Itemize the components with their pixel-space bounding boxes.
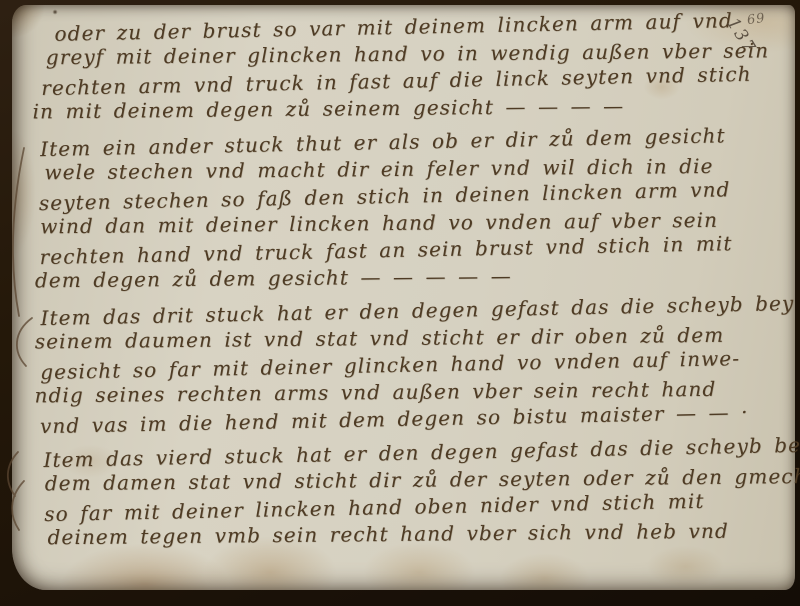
manuscript-line: dem degen zů dem gesicht — — — — —	[35, 261, 754, 295]
folio-number-pencil: 69	[746, 11, 766, 28]
manuscript-photo: oder zu der brust so var mit deinem linc…	[0, 0, 800, 606]
manuscript-text: oder zu der brust so var mit deinem linc…	[26, 9, 757, 553]
paragraph: Item das vierd stuck hat er den degen ge…	[32, 435, 757, 553]
paragraph: Item ein ander stuck thut er als ob er d…	[28, 124, 754, 296]
paragraph: oder zu der brust so var mit deinem linc…	[26, 9, 751, 127]
paragraph: Item das drit stuck hat er den degen gef…	[30, 293, 756, 438]
manuscript-line: in mit deinem degen zů seinem gesicht — …	[32, 92, 751, 126]
